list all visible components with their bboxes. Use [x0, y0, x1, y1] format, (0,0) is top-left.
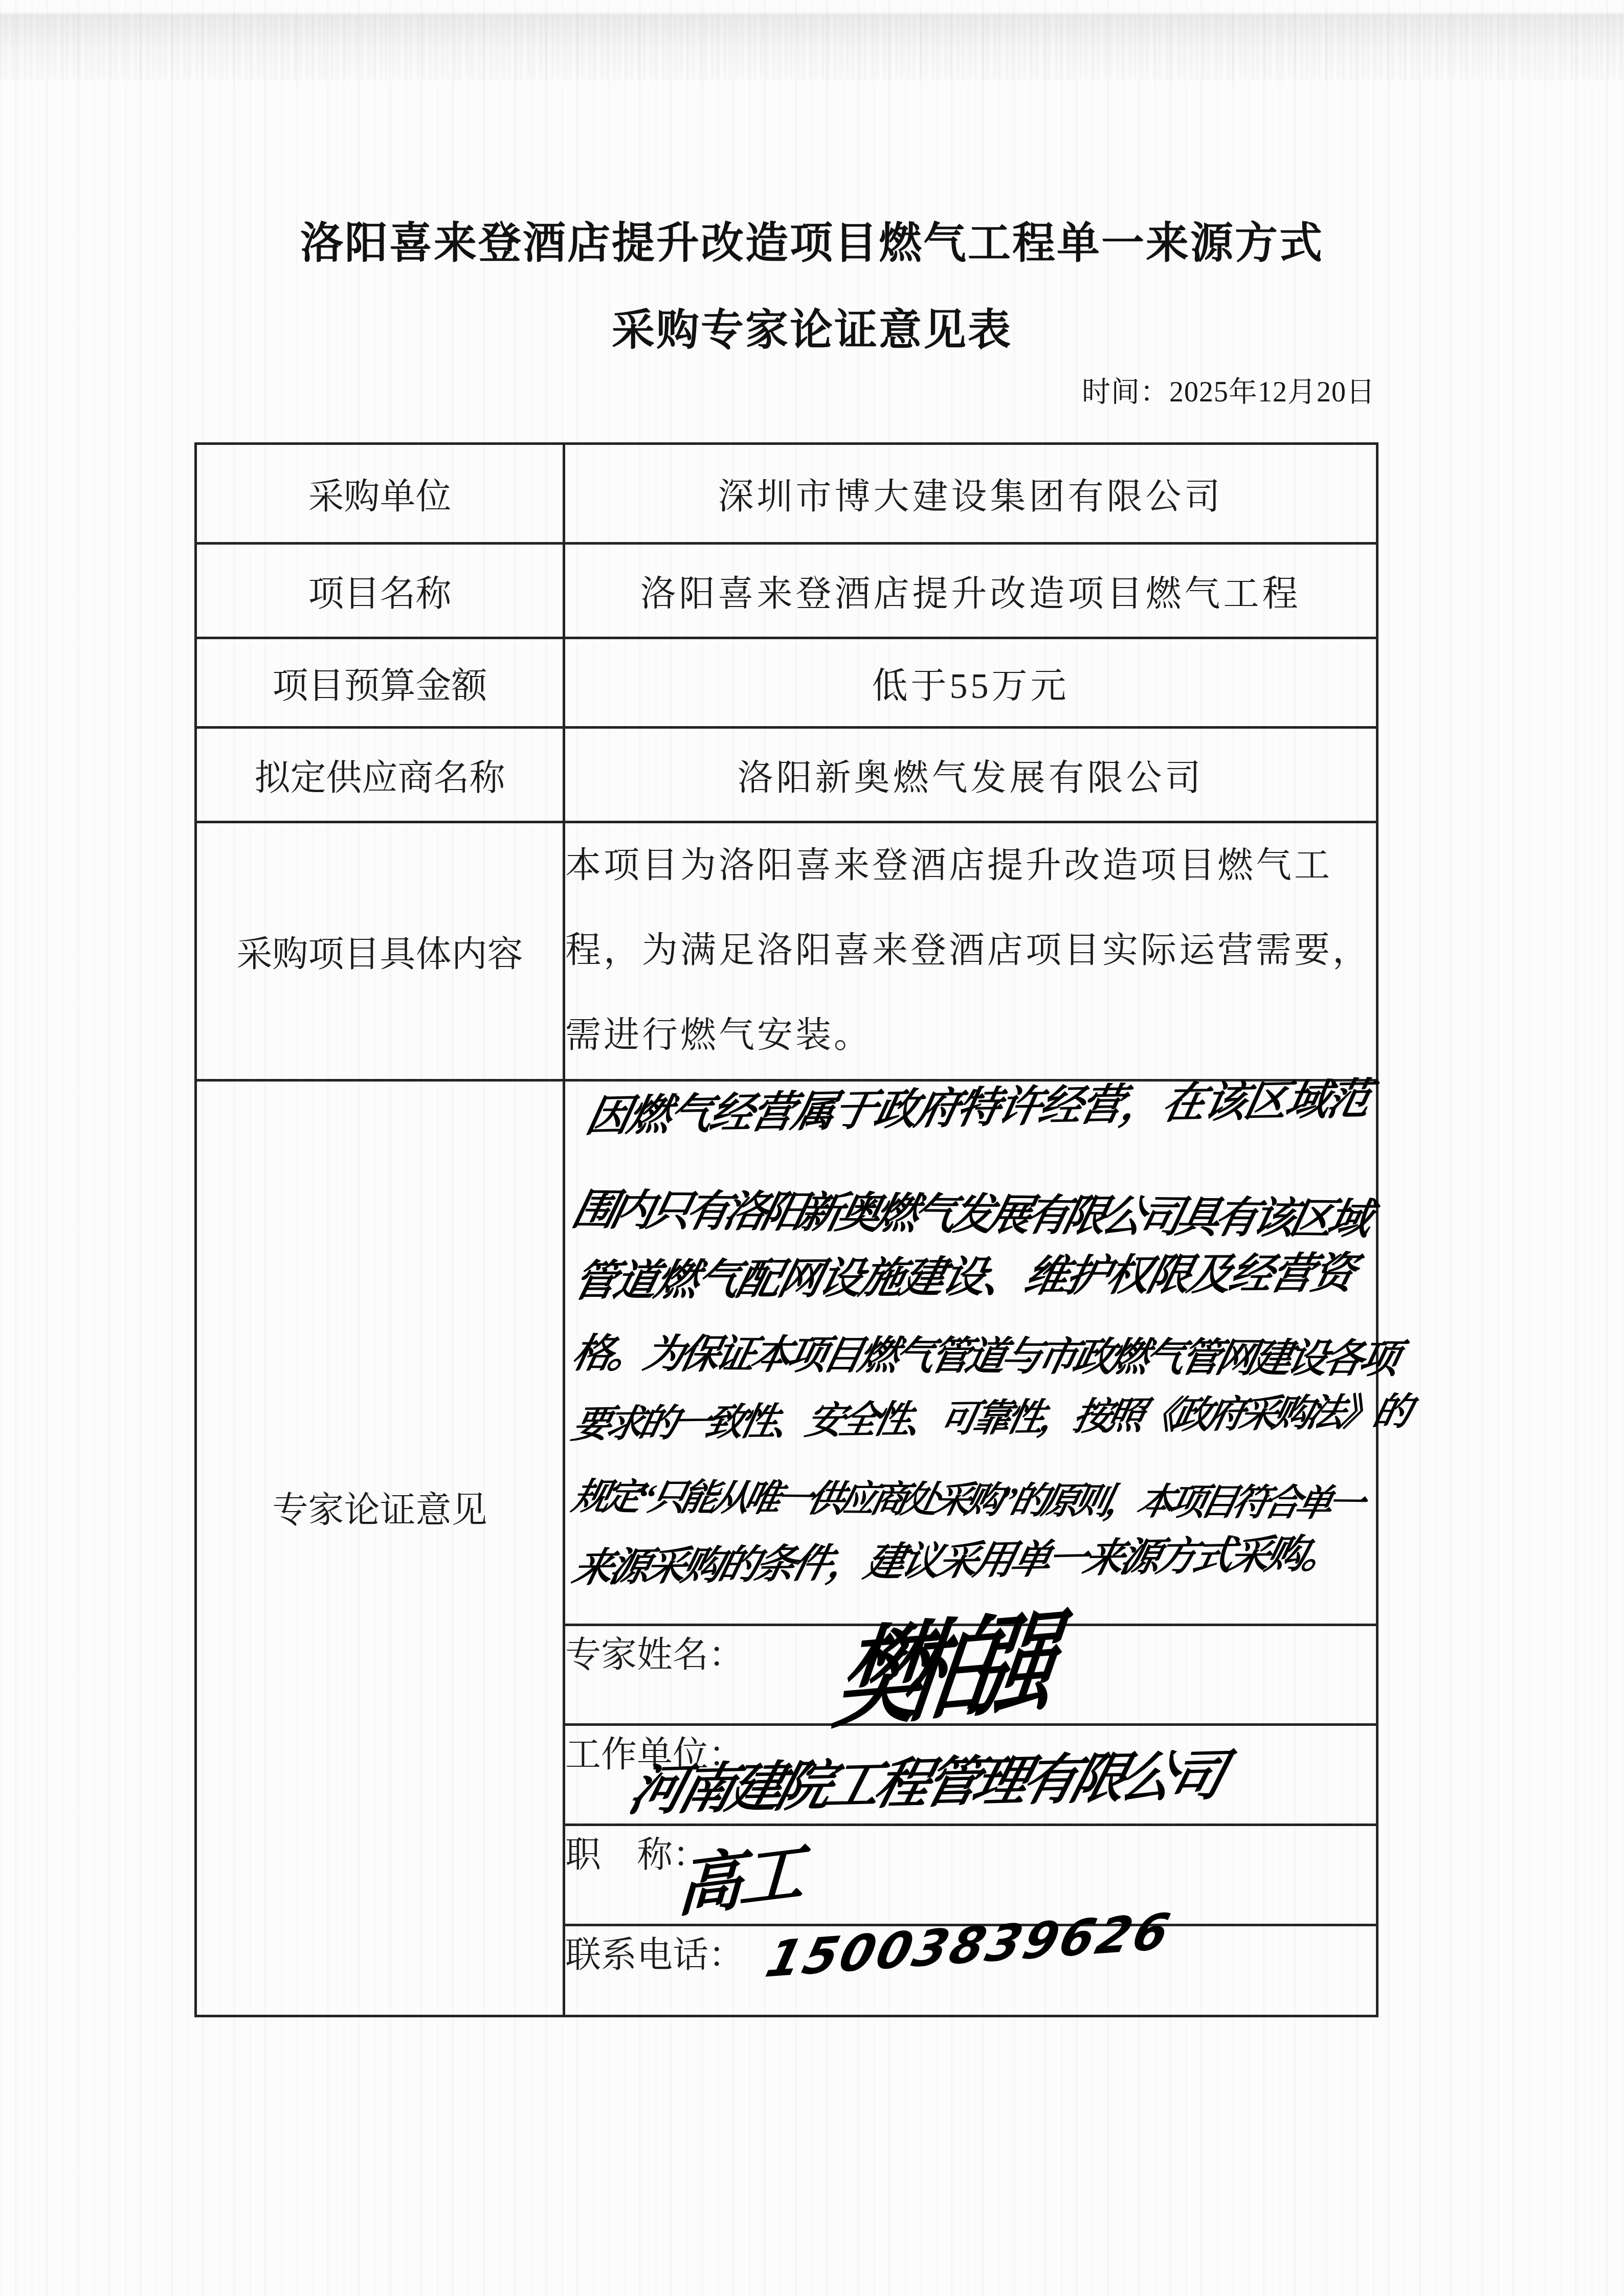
row-label-project-budget: 项目预算金额	[196, 638, 564, 728]
handwritten-opinion-line: 要求的一致性、安全性、可靠性，按照《政府采购法》的	[565, 1377, 1394, 1461]
work-unit-cell: 工作单位： 河南建院工程管理有限公司	[564, 1725, 1377, 1825]
row-label-expert-opinion: 专家论证意见	[196, 1081, 564, 2016]
row-proposed-supplier: 拟定供应商名称 洛阳新奥燃气发展有限公司	[196, 728, 1377, 822]
scanned-document-page: 洛阳喜来登酒店提升改造项目燃气工程单一来源方式 采购专家论证意见表 时间：202…	[0, 0, 1624, 2296]
row-value-project-name: 洛阳喜来登酒店提升改造项目燃气工程	[564, 544, 1377, 638]
expert-name-signature-handwriting: 樊柏强	[827, 1576, 1050, 1750]
content-line: 需进行燃气安装。	[565, 994, 1376, 1078]
work-unit-handwriting: 河南建院工程管理有限公司	[621, 1732, 1231, 1826]
row-value-purchasing-unit: 深圳市博大建设集团有限公司	[564, 444, 1377, 544]
row-value-project-budget: 低于55万元	[564, 638, 1377, 728]
handwritten-opinion-line: 管道燃气配网设施建设、维护权限及经营资	[565, 1237, 1395, 1318]
expert-opinion-handwriting-cell: 因燃气经营属于政府特许经营，在该区域范 围内只有洛阳新奥燃气发展有限公司具有该区…	[564, 1081, 1377, 1625]
row-value-proposed-supplier: 洛阳新奥燃气发展有限公司	[564, 728, 1377, 822]
expert-opinion-label-text: 专家论证意见	[273, 1481, 487, 1533]
date-line: 时间：2025年12月20日	[1082, 369, 1375, 410]
row-project-budget: 项目预算金额 低于55万元	[196, 638, 1377, 728]
row-project-name: 项目名称 洛阳喜来登酒店提升改造项目燃气工程	[196, 544, 1377, 638]
professional-title-cell: 职 称： 高工	[564, 1825, 1377, 1925]
row-expert-opinion: 专家论证意见 因燃气经营属于政府特许经营，在该区域范 围内只有洛阳新奥燃气发展有…	[196, 1081, 1377, 1625]
content-line: 本项目为洛阳喜来登酒店提升改造项目燃气工	[565, 824, 1376, 909]
row-label-procurement-content: 采购项目具体内容	[196, 822, 564, 1081]
row-value-procurement-content: 本项目为洛阳喜来登酒店提升改造项目燃气工 程，为满足洛阳喜来登酒店项目实际运营需…	[564, 822, 1377, 1081]
document-title-line-1: 洛阳喜来登酒店提升改造项目燃气工程单一来源方式	[0, 209, 1624, 271]
expert-name-label: 专家姓名：	[565, 1636, 744, 1675]
professional-title-handwriting: 高工	[675, 1819, 804, 1929]
document-title-line-2: 采购专家论证意见表	[0, 296, 1624, 357]
row-purchasing-unit: 采购单位 深圳市博大建设集团有限公司	[196, 444, 1377, 544]
row-label-proposed-supplier: 拟定供应商名称	[196, 728, 564, 822]
row-label-purchasing-unit: 采购单位	[196, 444, 564, 544]
form-table: 采购单位 深圳市博大建设集团有限公司 项目名称 洛阳喜来登酒店提升改造项目燃气工…	[194, 442, 1378, 2017]
expert-name-cell: 专家姓名： 樊柏强	[564, 1625, 1377, 1725]
content-line: 程，为满足洛阳喜来登酒店项目实际运营需要，	[565, 909, 1376, 994]
row-procurement-content: 采购项目具体内容 本项目为洛阳喜来登酒店提升改造项目燃气工 程，为满足洛阳喜来登…	[196, 822, 1377, 1081]
contact-phone-cell: 联系电话： 15003839626	[564, 1925, 1377, 2016]
scan-noise-top-band	[0, 13, 1624, 80]
contact-phone-label: 联系电话：	[565, 1936, 744, 1975]
row-label-project-name: 项目名称	[196, 544, 564, 638]
